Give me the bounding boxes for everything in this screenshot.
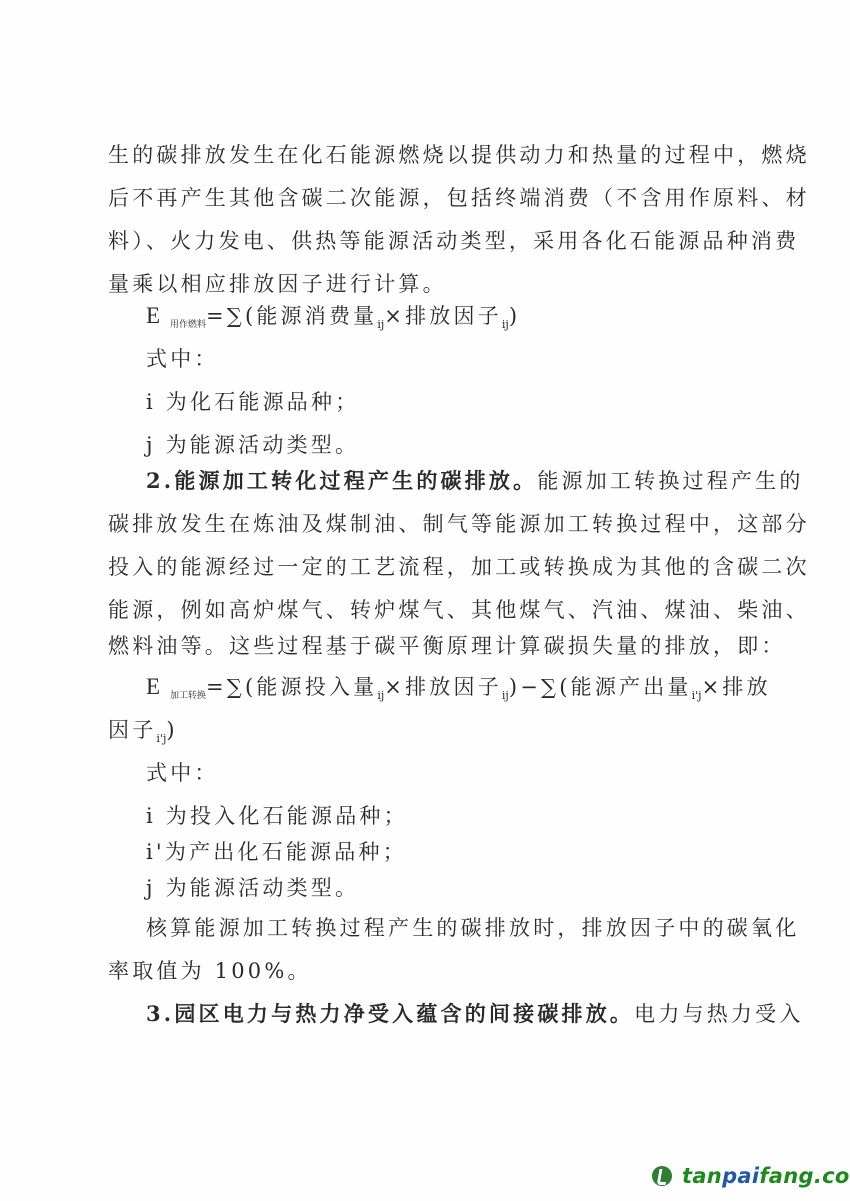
section-2-line-5: 燃料油等。这些过程基于碳平衡原理计算碳损失量的排放，即： bbox=[108, 632, 786, 660]
formula-2-sub-2: ij bbox=[502, 689, 509, 702]
where-2-label: 式中： bbox=[146, 759, 219, 787]
document-page: 生的碳排放发生在化石能源燃烧以提供动力和热量的过程中，燃烧 后不再产生其他含碳二… bbox=[0, 0, 850, 1201]
formula-2-e: E bbox=[146, 674, 160, 699]
section-3-line-1: 3.园区电力与热力净受入蕴含的间接碳排放。电力与热力受入 bbox=[146, 1000, 804, 1028]
formula-2-line-1: E 加工转换=∑(能源投入量ij×排放因子ij)−∑(能源产出量i'j×排放 bbox=[146, 673, 771, 710]
paragraph-1-line-3: 料）、火力发电、供热等能源活动类型，采用各化石能源品种消费 bbox=[108, 227, 799, 255]
tanpaifang-logo-icon bbox=[652, 1166, 672, 1186]
formula-1-close: ) bbox=[509, 304, 520, 328]
formula-2-part-3: )−∑(能源产出量 bbox=[509, 675, 692, 699]
section-3-text: 电力与热力受入 bbox=[634, 1002, 803, 1026]
formula-2-line-2-a: 因子 bbox=[108, 718, 156, 742]
where-1-item-j: j 为能源活动类型。 bbox=[146, 431, 359, 459]
watermark-logo[interactable]: tanpaifang.com bbox=[652, 1164, 850, 1188]
where-1-item-i: i 为化石能源品种； bbox=[146, 388, 359, 416]
formula-2-part-4: ×排放 bbox=[702, 675, 771, 699]
formula-1-body-a: =∑(能源消费量 bbox=[206, 304, 377, 328]
formula-1: E 用作燃料=∑(能源消费量ij×排放因子ij) bbox=[146, 302, 520, 339]
section-3-heading: 3.园区电力与热力净受入蕴含的间接碳排放。 bbox=[146, 1001, 634, 1026]
section-2-line-4: 能源，例如高炉煤气、转炉煤气、其他煤气、汽油、煤油、柴油、 bbox=[108, 596, 810, 624]
where-2-item-j: j 为能源活动类型。 bbox=[146, 874, 359, 902]
formula-2-sub-4: i'j bbox=[156, 732, 166, 745]
section-2-heading: 2.能源加工转化过程产生的碳排放。 bbox=[146, 468, 537, 493]
watermark-text: tanpaifang.com bbox=[682, 1164, 850, 1188]
section-2-line-1: 2.能源加工转化过程产生的碳排放。能源加工转换过程产生的 bbox=[146, 467, 804, 495]
formula-1-subscript: 用作燃料 bbox=[170, 320, 206, 330]
paragraph-1-line-4: 量乘以相应排放因子进行计算。 bbox=[108, 270, 447, 298]
formula-1-e: E bbox=[146, 303, 160, 328]
watermark-text-a: tan bbox=[682, 1164, 722, 1188]
where-1-label: 式中： bbox=[146, 345, 219, 373]
section-2-text-1: 能源加工转换过程产生的 bbox=[537, 469, 803, 493]
paragraph-1-line-1: 生的碳排放发生在化石能源燃烧以提供动力和热量的过程中，燃烧 bbox=[108, 141, 810, 169]
note-line-1: 核算能源加工转换过程产生的碳排放时，排放因子中的碳氧化 bbox=[146, 914, 799, 942]
formula-2-part-1: =∑(能源投入量 bbox=[206, 675, 377, 699]
note-line-2: 率取值为 100%。 bbox=[108, 957, 312, 985]
paragraph-1-line-2: 后不再产生其他含碳二次能源，包括终端消费（不含用作原料、材 bbox=[108, 184, 810, 212]
formula-2-line-2: 因子i'j) bbox=[108, 716, 178, 753]
formula-1-body-b: ×排放因子 bbox=[384, 304, 502, 328]
formula-1-sub-ij-2: ij bbox=[502, 318, 509, 331]
where-2-item-i-prime: i'为产出化石能源品种； bbox=[146, 838, 407, 866]
where-2-item-i: i 为投入化石能源品种； bbox=[146, 802, 408, 830]
formula-2-part-2: ×排放因子 bbox=[384, 675, 502, 699]
formula-2-subscript: 加工转换 bbox=[170, 691, 206, 701]
watermark-text-c: fang.com bbox=[759, 1164, 850, 1188]
section-2-line-2: 碳排放发生在炼油及煤制油、制气等能源加工转换过程中，这部分 bbox=[108, 510, 810, 538]
formula-2-sub-3: i'j bbox=[692, 689, 702, 702]
watermark-text-b: pai bbox=[722, 1164, 759, 1188]
section-2-line-3: 投入的能源经过一定的工艺流程，加工或转换成为其他的含碳二次 bbox=[108, 553, 810, 581]
formula-2-line-2-b: ) bbox=[166, 718, 177, 742]
